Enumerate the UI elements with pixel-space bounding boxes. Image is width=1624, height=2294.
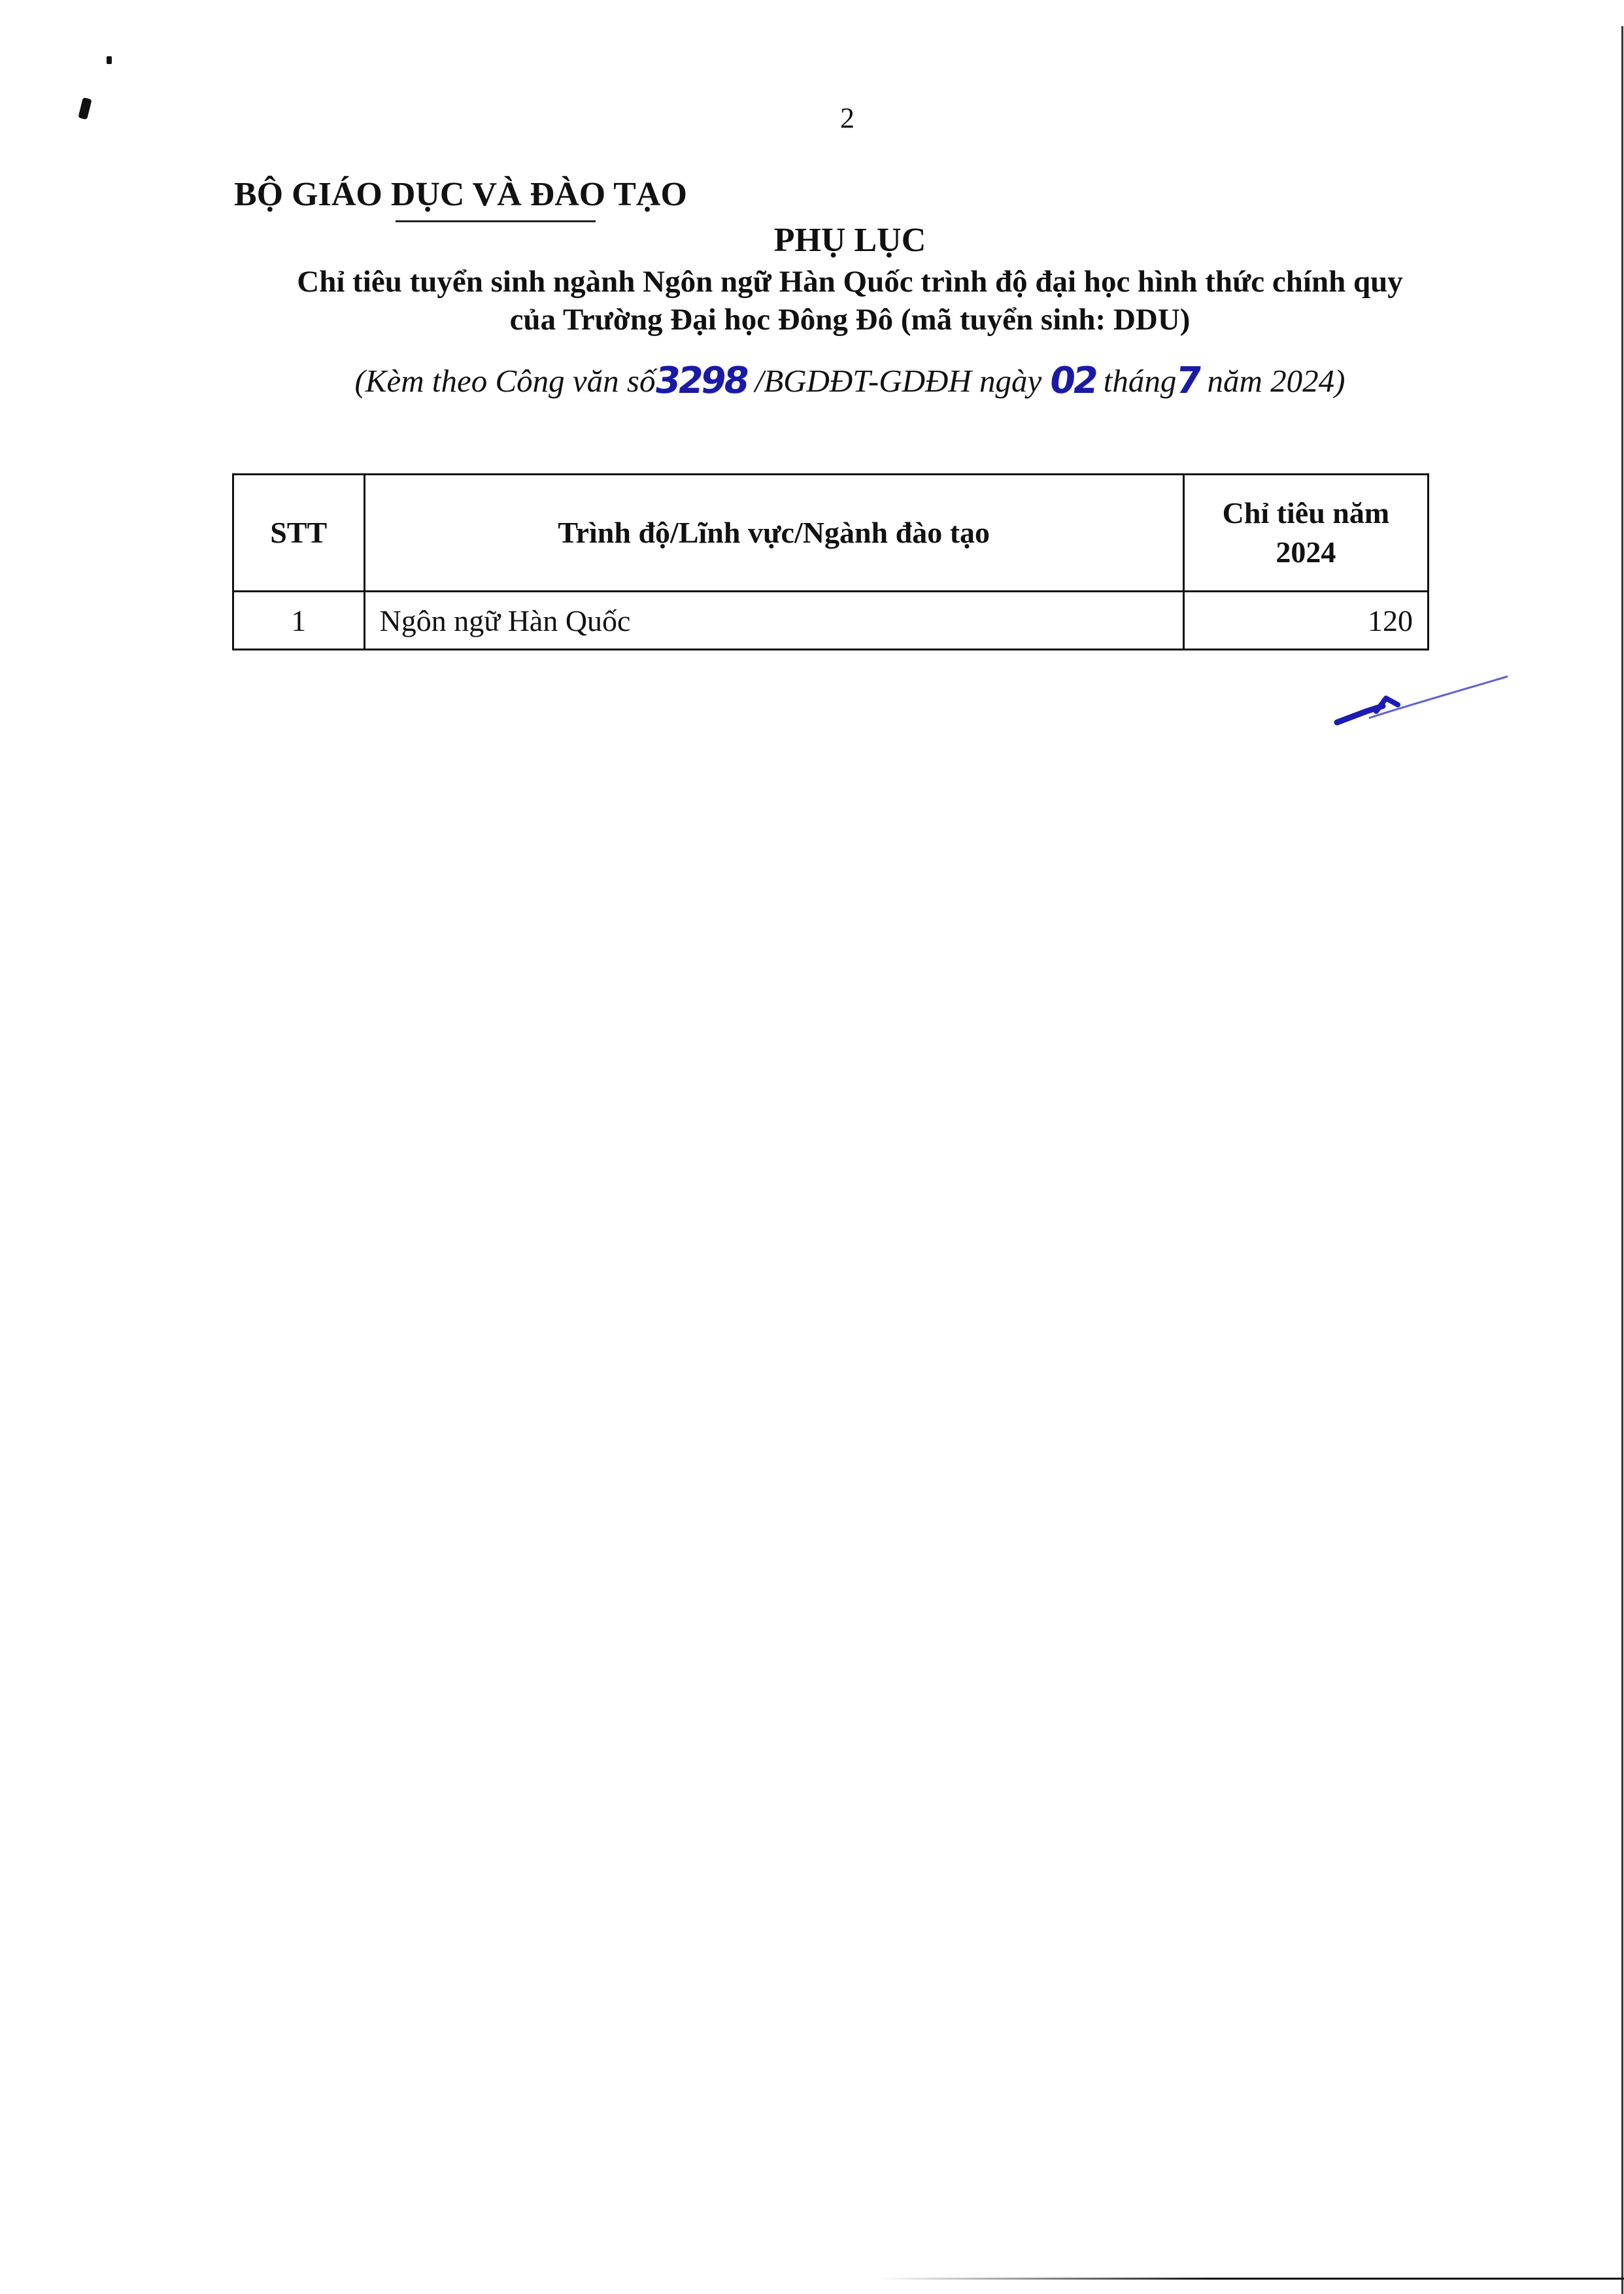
header-quota-label: Chỉ tiêu năm 2024	[1208, 494, 1404, 572]
table-header-row: STT Trình độ/Lĩnh vực/Ngành đào tạo Chỉ …	[233, 475, 1429, 592]
handwritten-day: 02	[1047, 360, 1098, 402]
scan-artifact-mark	[78, 97, 92, 120]
attachment-middle: /BGDĐT-GDĐH ngày	[755, 363, 1042, 399]
header-stt: STT	[233, 475, 365, 592]
table-row: 1 Ngôn ngữ Hàn Quốc 120	[233, 592, 1429, 650]
month-label: tháng	[1104, 363, 1177, 399]
document-subtitle-line-2: của Trường Đại học Đông Đô (mã tuyển sin…	[0, 302, 1624, 337]
handwritten-document-number: 3298	[652, 360, 750, 402]
header-quota: Chỉ tiêu năm 2024	[1183, 475, 1428, 592]
scan-edge-right	[1621, 26, 1623, 2294]
header-program: Trình độ/Lĩnh vực/Ngành đào tạo	[364, 475, 1183, 592]
cell-program: Ngôn ngữ Hàn Quốc	[364, 592, 1183, 650]
attachment-prefix: (Kèm theo Công văn số	[354, 363, 655, 399]
scan-edge-bottom	[876, 2278, 1624, 2280]
document-title: PHỤ LỤC	[0, 221, 1624, 260]
attachment-suffix: năm 2024)	[1208, 363, 1345, 399]
page-number: 2	[840, 101, 854, 135]
enrollment-quota-table: STT Trình độ/Lĩnh vực/Ngành đào tạo Chỉ …	[232, 473, 1429, 650]
scan-artifact-mark	[107, 56, 112, 64]
attachment-reference: (Kèm theo Công văn số3298 /BGDĐT-GDĐH ng…	[0, 360, 1624, 402]
signature-initials-icon	[1314, 660, 1510, 739]
issuing-authority: BỘ GIÁO DỤC VÀ ĐÀO TẠO	[234, 175, 687, 214]
document-subtitle-line-1: Chỉ tiêu tuyển sinh ngành Ngôn ngữ Hàn Q…	[0, 264, 1624, 299]
handwritten-month: 7	[1174, 360, 1202, 402]
cell-quota: 120	[1183, 592, 1428, 650]
cell-stt: 1	[233, 592, 365, 650]
